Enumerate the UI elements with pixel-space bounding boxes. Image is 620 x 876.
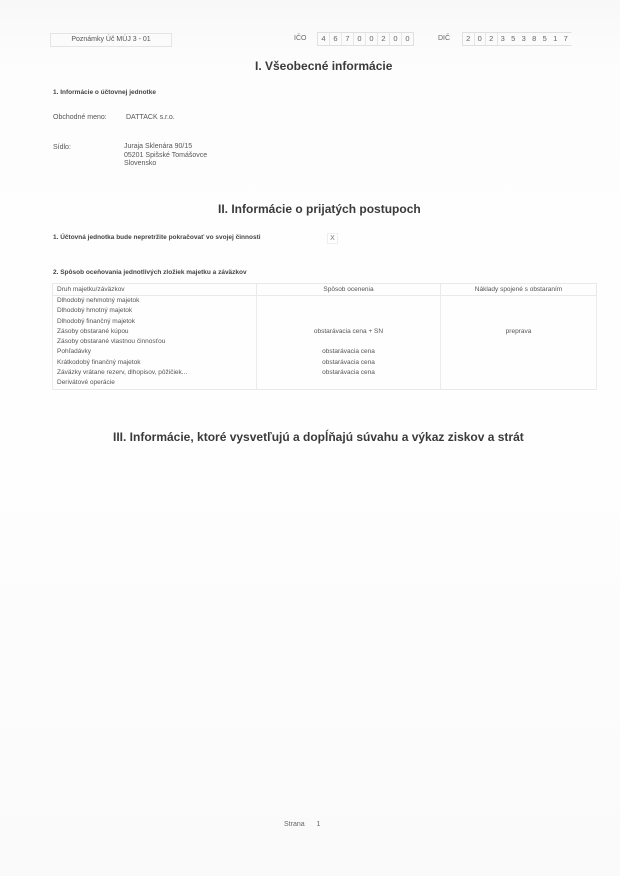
acquisition-costs bbox=[441, 358, 597, 368]
asset-type: Krátkodobý finančný majetok bbox=[53, 358, 257, 368]
ico-label: IČO bbox=[294, 35, 306, 42]
going-concern-checkbox[interactable]: X bbox=[327, 233, 338, 244]
asset-type: Dlhodobý finančný majetok bbox=[53, 317, 257, 327]
valuation-method: obstarávacia cena bbox=[257, 358, 441, 368]
dic-digit: 2 bbox=[486, 33, 498, 45]
table-row: Zásoby obstarané vlastnou činnosťou bbox=[53, 337, 597, 347]
company-name-label: Obchodné meno: bbox=[53, 114, 107, 121]
valuation-method: obstarávacia cena + SN bbox=[257, 327, 441, 337]
form-id-box: Poznámky Úč MÚJ 3 - 01 bbox=[50, 33, 172, 47]
acquisition-costs bbox=[441, 347, 597, 357]
going-concern-label: 1. Účtovná jednotka bude nepretržite pok… bbox=[53, 234, 261, 241]
table-row: Pohľadávky obstarávacia cena bbox=[53, 347, 597, 357]
ico-digit: 7 bbox=[342, 33, 354, 45]
dic-digit: 8 bbox=[529, 33, 540, 45]
dic-label: DIČ bbox=[438, 35, 450, 42]
column-header: Náklady spojené s obstaraním bbox=[441, 284, 597, 296]
asset-type: Zásoby obstarané kúpou bbox=[53, 327, 257, 337]
dic-digits: 2 0 2 3 5 3 8 5 1 7 bbox=[462, 32, 572, 46]
asset-type: Dlhodobý nehmotný majetok bbox=[53, 296, 257, 307]
asset-type: Derivátové operácie bbox=[53, 378, 257, 389]
dic-digit: 1 bbox=[550, 33, 561, 45]
valuation-method bbox=[257, 296, 441, 307]
table-row: Dlhodobý hmotný majetok bbox=[53, 306, 597, 316]
valuation-method bbox=[257, 306, 441, 316]
table-header-row: Druh majetku/záväzkov Spôsob ocenenia Ná… bbox=[53, 284, 597, 296]
ico-digits: 4 6 7 0 0 2 0 0 bbox=[317, 32, 414, 46]
dic-digit: 5 bbox=[508, 33, 519, 45]
address-block: Juraja Sklenára 90/15 05201 Spišské Tomá… bbox=[124, 143, 207, 169]
acquisition-costs bbox=[441, 378, 597, 389]
column-header: Spôsob ocenenia bbox=[257, 284, 441, 296]
ico-digit: 0 bbox=[390, 33, 402, 45]
ico-digit: 0 bbox=[366, 33, 378, 45]
dic-digit: 7 bbox=[561, 33, 572, 45]
dic-digit: 5 bbox=[540, 33, 551, 45]
ico-digit: 6 bbox=[330, 33, 342, 45]
document-page: Poznámky Úč MÚJ 3 - 01 IČO 4 6 7 0 0 2 0… bbox=[0, 0, 620, 876]
ico-digit: 0 bbox=[354, 33, 366, 45]
asset-type: Dlhodobý hmotný majetok bbox=[53, 306, 257, 316]
dic-digit: 3 bbox=[519, 33, 530, 45]
asset-type: Pohľadávky bbox=[53, 347, 257, 357]
ico-digit: 0 bbox=[402, 33, 413, 45]
table-row: Krátkodobý finančný majetok obstarávacia… bbox=[53, 358, 597, 368]
section-2-title: II. Informácie o prijatých postupoch bbox=[218, 202, 421, 216]
dic-digit: 0 bbox=[475, 33, 487, 45]
table-row: Dlhodobý nehmotný majetok bbox=[53, 296, 597, 307]
column-header: Druh majetku/záväzkov bbox=[53, 284, 257, 296]
valuation-method bbox=[257, 317, 441, 327]
valuation-method-label: 2. Spôsob oceňovania jednotlivých zložie… bbox=[53, 269, 247, 276]
address-line: Juraja Sklenára 90/15 bbox=[124, 143, 207, 152]
page-label: Strana bbox=[284, 821, 305, 828]
seat-label: Sídlo: bbox=[53, 144, 71, 151]
acquisition-costs: preprava bbox=[441, 327, 597, 337]
acquisition-costs bbox=[441, 296, 597, 307]
page-footer: Strana 1 bbox=[284, 821, 320, 828]
asset-type: Zásoby obstarané vlastnou činnosťou bbox=[53, 337, 257, 347]
valuation-method: obstarávacia cena bbox=[257, 347, 441, 357]
acquisition-costs bbox=[441, 337, 597, 347]
table-row: Záväzky vrátane rezerv, dlhopisov, pôžič… bbox=[53, 368, 597, 378]
dic-digit: 2 bbox=[463, 33, 475, 45]
valuation-method bbox=[257, 378, 441, 389]
page-number: 1 bbox=[317, 821, 321, 828]
valuation-method bbox=[257, 337, 441, 347]
acquisition-costs bbox=[441, 306, 597, 316]
section-1-subtitle: 1. Informácie o účtovnej jednotke bbox=[53, 89, 156, 96]
valuation-method: obstarávacia cena bbox=[257, 368, 441, 378]
company-name-value: DATTACK s.r.o. bbox=[126, 114, 175, 121]
section-1-title: I. Všeobecné informácie bbox=[255, 59, 392, 73]
acquisition-costs bbox=[441, 368, 597, 378]
address-line: Slovensko bbox=[124, 160, 207, 169]
valuation-table: Druh majetku/záväzkov Spôsob ocenenia Ná… bbox=[52, 283, 597, 390]
table-row: Zásoby obstarané kúpou obstarávacia cena… bbox=[53, 327, 597, 337]
dic-digit: 3 bbox=[498, 33, 509, 45]
acquisition-costs bbox=[441, 317, 597, 327]
table-row: Dlhodobý finančný majetok bbox=[53, 317, 597, 327]
address-line: 05201 Spišské Tomášovce bbox=[124, 152, 207, 161]
asset-type: Záväzky vrátane rezerv, dlhopisov, pôžič… bbox=[53, 368, 257, 378]
ico-digit: 4 bbox=[318, 33, 330, 45]
ico-digit: 2 bbox=[378, 33, 390, 45]
table-row: Derivátové operácie bbox=[53, 378, 597, 389]
section-3-title: III. Informácie, ktoré vysvetľujú a dopĺ… bbox=[113, 430, 524, 444]
